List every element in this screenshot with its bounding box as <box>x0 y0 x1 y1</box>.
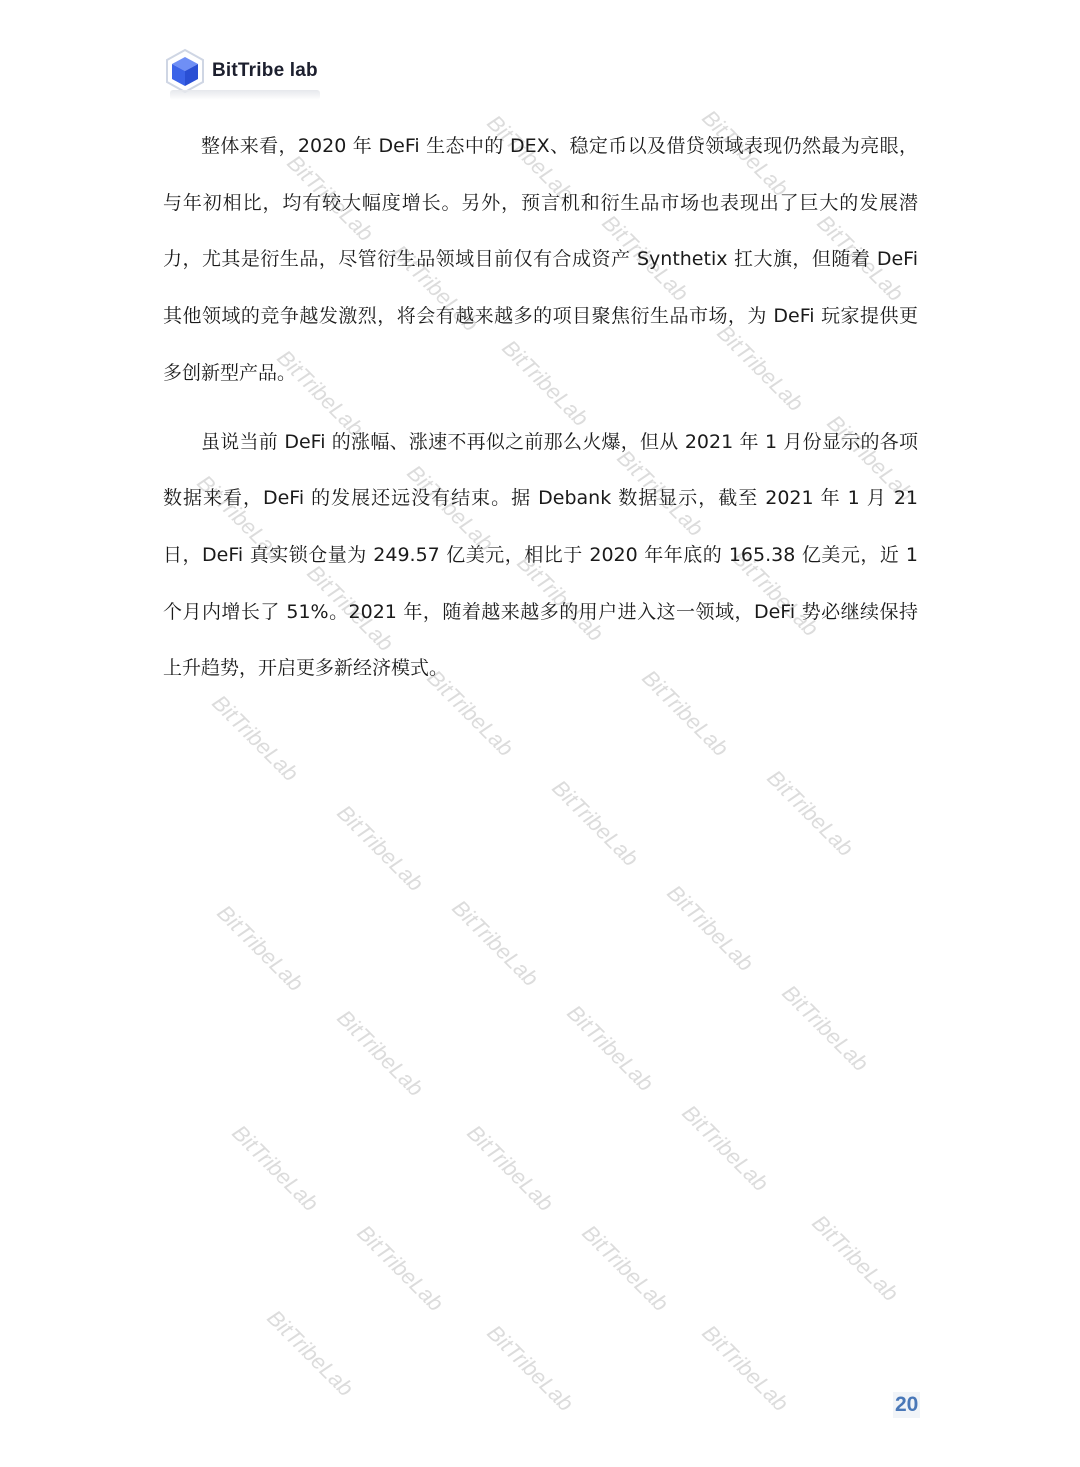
watermark: BitTribeLab <box>447 895 544 992</box>
watermark: BitTribeLab <box>352 1220 449 1317</box>
watermark: BitTribeLab <box>332 800 429 897</box>
watermark: BitTribeLab <box>227 1120 324 1217</box>
page-number: 20 <box>893 1392 920 1418</box>
watermark: BitTribeLab <box>762 765 859 862</box>
document-body: 整体来看，2020 年 DeFi 生态中的 DEX、稳定币以及借贷领域表现仍然最… <box>163 118 918 697</box>
watermark: BitTribeLab <box>547 775 644 872</box>
watermark: BitTribeLab <box>262 1305 359 1402</box>
paragraph-defi-2020-summary: 整体来看，2020 年 DeFi 生态中的 DEX、稳定币以及借贷领域表现仍然最… <box>163 118 918 402</box>
watermark: BitTribeLab <box>212 900 309 997</box>
watermark: BitTribeLab <box>462 1120 559 1217</box>
brand-name: BitTribe lab <box>212 60 318 82</box>
paragraph-defi-2021-outlook: 虽说当前 DeFi 的涨幅、涨速不再似之前那么火爆，但从 2021 年 1 月份… <box>163 414 918 698</box>
watermark: BitTribeLab <box>332 1005 429 1102</box>
brand-logo: BitTribe lab <box>164 48 318 94</box>
watermark: BitTribeLab <box>662 880 759 977</box>
watermark: BitTribeLab <box>562 1000 659 1097</box>
logo-reflection <box>170 90 320 100</box>
watermark: BitTribeLab <box>577 1220 674 1317</box>
cube-hexagon-icon <box>164 48 206 94</box>
watermark: BitTribeLab <box>697 1320 794 1417</box>
watermark: BitTribeLab <box>807 1210 904 1307</box>
watermark: BitTribeLab <box>777 980 874 1077</box>
watermark: BitTribeLab <box>677 1100 774 1197</box>
watermark: BitTribeLab <box>207 690 304 787</box>
watermark: BitTribeLab <box>482 1320 579 1417</box>
